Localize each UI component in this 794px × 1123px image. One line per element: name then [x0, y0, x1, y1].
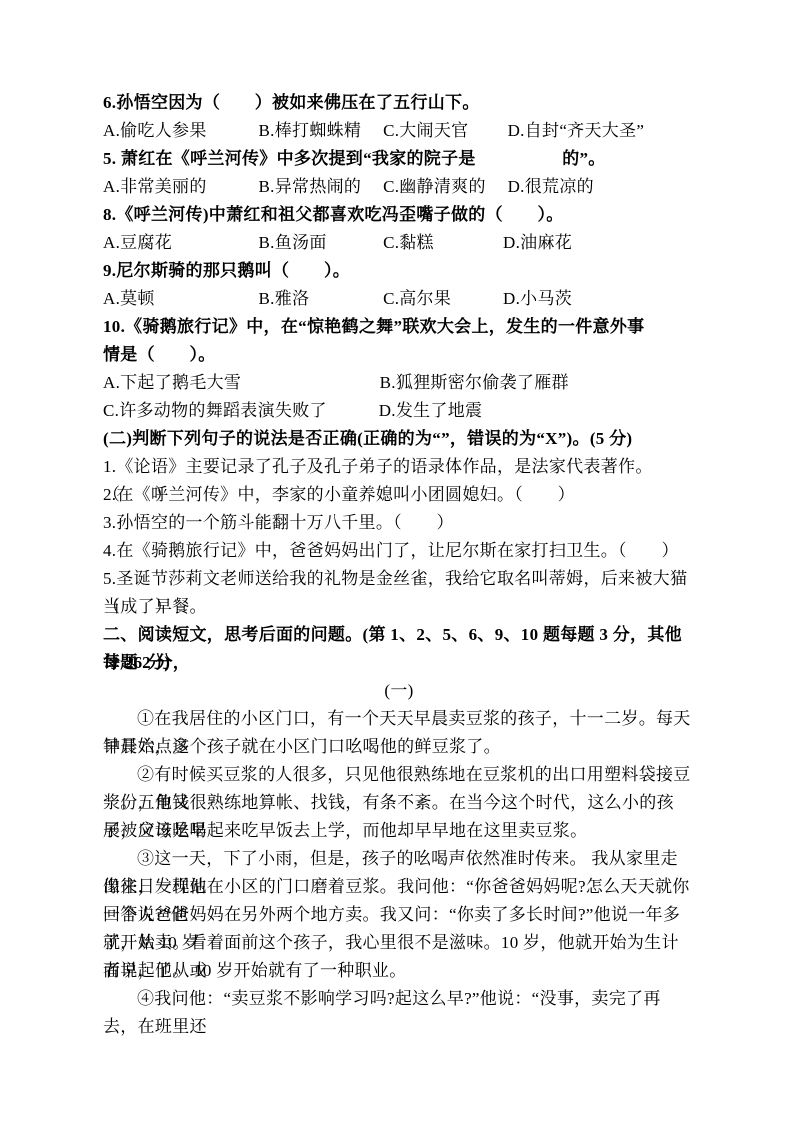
mc-q5-options: A.非常美丽的 B.异常热闹的 C.幽静清爽的 D.很荒凉的: [103, 173, 695, 201]
passage-p3-line4: 就开始卖。看着面前这个孩子，我心里很不是滋味。10 岁，他就开始为生计而早起了。…: [103, 929, 695, 957]
text-block: 6.孙悟空因为（ ）被如来佛压在了五行山下。 A.偷吃人参果 B.棒打蜘蛛精 C…: [103, 89, 695, 1013]
passage-p4-line1: ④我问他：“卖豆浆不影响学习吗?起这么早?”他说：“没事，卖完了再去，在班里还: [103, 985, 695, 1013]
passage-p1-line1: ①在我居住的小区门口，有一个天天早晨卖豆浆的孩子，十一二岁。每天早晨六点多: [103, 705, 695, 733]
passage-p3-line1: ③这一天，下了小雨，但是，孩子的吆喝声依然准时传来。 我从家里走出来，发现他: [103, 845, 695, 873]
passage-p3-line5: 者说，他从 10 岁开始就有了一种职业。: [103, 957, 695, 985]
passage-p2-line2: 一份，他又很熟练地算帐、找钱，有条不紊。在当今这个时代，这么小的孩子，应该是早: [103, 789, 695, 817]
tf-item-2: 2.在《呼兰河传》中，李家的小童养媳叫小团圆媳妇。（ ）: [103, 481, 695, 509]
passage-p2-line1: ②有时候买豆浆的人很多，只见他很熟练地在豆浆机的出口用塑料袋接豆浆。五角钱: [103, 761, 695, 789]
mc-q6-options: A.偷吃人参果 B.棒打蜘蛛精 C.大闹天官 D.自封“齐天大圣”: [103, 117, 695, 145]
mc-q8-options: A.豆腐花 B.鱼汤面 C.黏糕 D.油麻花: [103, 229, 695, 257]
passage-p2-line3: 展被父母吆喝起来吃早饭去上学，而他却早早地在这里卖豆浆。: [103, 817, 695, 845]
tf-item-4: 4.在《骑鹅旅行记》中，爸爸妈妈出门了，让尼尔斯在家打扫卫生。（ ）: [103, 537, 695, 565]
passage-p1-line2: 钟开始，这个孩子就在小区门口吆喝他的鲜豆浆了。: [103, 733, 695, 761]
section-two-heading-line1: 二、阅读短文，思考后面的问题。(第 1、2、5、6、9、10 题每题 3 分，其…: [103, 621, 695, 649]
mc-q9-stem: 9.尼尔斯骑的那只鹅叫（ ）。: [103, 257, 695, 285]
mc-q9-options: A.莫顿 B.雅洛 C.高尔果 D.小马茨: [103, 285, 695, 313]
section-two-heading-line2: 计 26 分): [103, 649, 695, 677]
mc-q5-stem: 5. 萧红在《呼兰河传》中多次提到“我家的院子是 的”。: [103, 145, 695, 173]
passage-p3-line2: 像往日一样站在小区的门口磨着豆浆。我问他：“你爸爸妈妈呢?怎么天天就你一个人?”…: [103, 873, 695, 901]
tf-item-1: 1.《论语》主要记录了孔子及孔子弟子的语录体作品，是法家代表著作。（ ）: [103, 453, 695, 481]
mc-q10-options-cd: C.许多动物的舞蹈表演失败了 D.发生了地震: [103, 397, 695, 425]
mc-q10-stem-line2: 情是（ ）。: [103, 341, 695, 369]
mc-q6-stem: 6.孙悟空因为（ ）被如来佛压在了五行山下。: [103, 89, 695, 117]
mc-q8-stem: 8.《呼兰河传)中萧红和祖父都喜欢吃冯歪嘴子做的（ ）。: [103, 201, 695, 229]
mc-q10-options-ab: A.下起了鹅毛大雪 B.狐狸斯密尔偷袭了雁群: [103, 369, 695, 397]
true-false-section-heading: (二)判断下列句子的说法是否正确(正确的为“”，错误的为“X”)。(5 分): [103, 425, 695, 453]
test-paper-page: 6.孙悟空因为（ ）被如来佛压在了五行山下。 A.偷吃人参果 B.棒打蜘蛛精 C…: [0, 0, 794, 1123]
tf-item-5: 5.圣诞节莎莉文老师送给我的礼物是金丝雀，我给它取名叫蒂姆，后来被大猫当成了早餐…: [103, 565, 695, 593]
tf-item-3: 3.孙悟空的一个筋斗能翻十万八千里。（ ）: [103, 509, 695, 537]
passage-subtitle: (一): [103, 677, 695, 705]
mc-q10-stem-line1: 10.《骑鹅旅行记》中，在“惊艳鹤之舞”联欢大会上，发生的一件意外事: [103, 313, 695, 341]
passage-p3-line3: 回答说爸爸妈妈在另外两个地方卖。我又问：“你卖了多长时间?”他说一年多了，从 1…: [103, 901, 695, 929]
